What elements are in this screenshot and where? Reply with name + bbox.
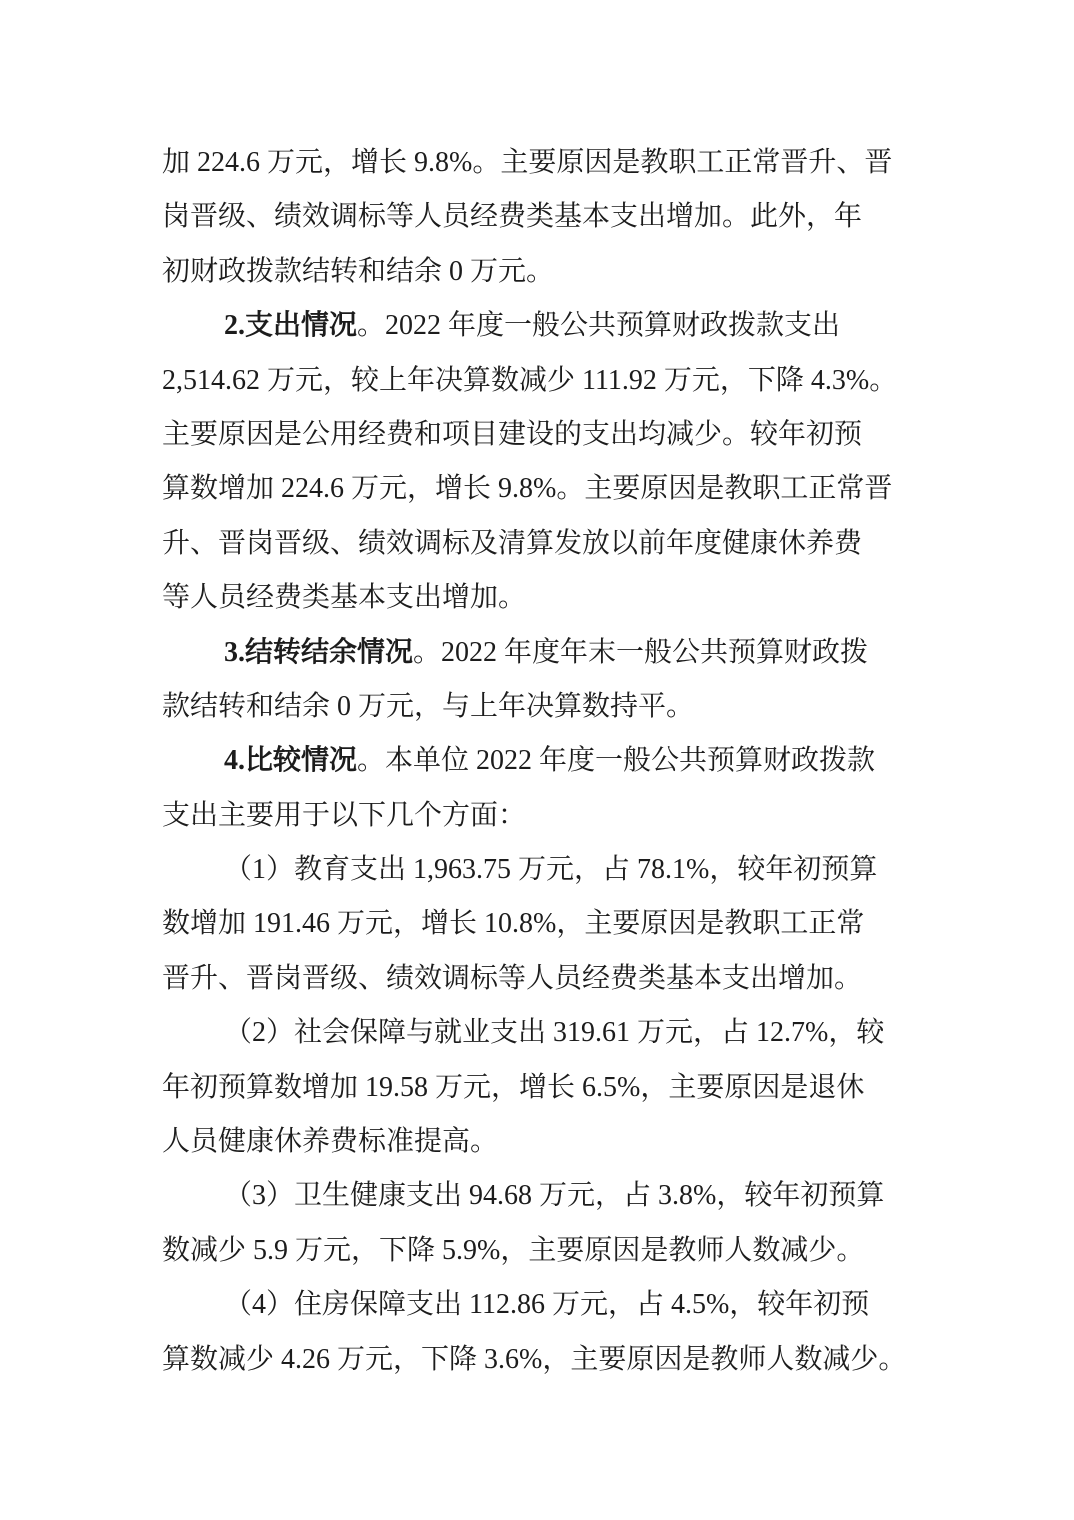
text-line: 晋升、晋岗晋级、绩效调标等人员经费类基本支出增加。 <box>162 952 915 1006</box>
text-line: 4.比较情况。本单位 2022 年度一般公共预算财政拨款 <box>162 734 915 788</box>
text-line: 算数减少 4.26 万元，下降 3.6%，主要原因是教师人数减少。 <box>162 1333 915 1387</box>
text-line: 等人员经费类基本支出增加。 <box>162 571 915 625</box>
document-page: 加 224.6 万元，增长 9.8%。主要原因是教职工正常晋升、晋 岗晋级、绩效… <box>0 0 1074 1520</box>
section-heading-comparison: 4.比较情况 <box>224 745 357 776</box>
text-line: （4）住房保障支出 112.86 万元，占 4.5%，较年初预 <box>162 1278 915 1332</box>
heading-line-rest: 。2022 年度一般公共预算财政拨款支出 <box>357 310 840 341</box>
text-line: 主要原因是公用经费和项目建设的支出均减少。较年初预 <box>162 408 915 462</box>
section-heading-carryover: 3.结转结余情况 <box>224 637 413 668</box>
heading-line-rest: 。2022 年度年末一般公共预算财政拨 <box>413 637 868 668</box>
text-line: 岗晋级、绩效调标等人员经费类基本支出增加。此外，年 <box>162 190 915 244</box>
paragraph-health-expenditure: （3）卫生健康支出 94.68 万元，占 3.8%，较年初预算 数减少 5.9 … <box>162 1169 915 1278</box>
document-text-block: 加 224.6 万元，增长 9.8%。主要原因是教职工正常晋升、晋 岗晋级、绩效… <box>162 136 915 1387</box>
paragraph-carryover-balance: 3.结转结余情况。2022 年度年末一般公共预算财政拨 款结转和结余 0 万元，… <box>162 626 915 735</box>
text-line: 2.支出情况。2022 年度一般公共预算财政拨款支出 <box>162 299 915 353</box>
text-line: 数增加 191.46 万元，增长 10.8%，主要原因是教职工正常 <box>162 897 915 951</box>
text-line: 加 224.6 万元，增长 9.8%。主要原因是教职工正常晋升、晋 <box>162 136 915 190</box>
text-line: 升、晋岗晋级、绩效调标及清算发放以前年度健康休养费 <box>162 517 915 571</box>
text-line: 算数增加 224.6 万元，增长 9.8%。主要原因是教职工正常晋 <box>162 462 915 516</box>
paragraph-education-expenditure: （1）教育支出 1,963.75 万元，占 78.1%，较年初预算 数增加 19… <box>162 843 915 1006</box>
text-line: 3.结转结余情况。2022 年度年末一般公共预算财政拨 <box>162 626 915 680</box>
heading-line-rest: 。本单位 2022 年度一般公共预算财政拨款 <box>357 745 875 776</box>
paragraph-social-security-expenditure: （2）社会保障与就业支出 319.61 万元，占 12.7%，较 年初预算数增加… <box>162 1006 915 1169</box>
text-line: （2）社会保障与就业支出 319.61 万元，占 12.7%，较 <box>162 1006 915 1060</box>
text-line: 人员健康休养费标准提高。 <box>162 1115 915 1169</box>
text-line: 数减少 5.9 万元，下降 5.9%，主要原因是教师人数减少。 <box>162 1224 915 1278</box>
paragraph-income-continuation: 加 224.6 万元，增长 9.8%。主要原因是教职工正常晋升、晋 岗晋级、绩效… <box>162 136 915 299</box>
paragraph-expenditure: 2.支出情况。2022 年度一般公共预算财政拨款支出 2,514.62 万元，较… <box>162 299 915 625</box>
paragraph-comparison-intro: 4.比较情况。本单位 2022 年度一般公共预算财政拨款 支出主要用于以下几个方… <box>162 734 915 843</box>
text-line: 年初预算数增加 19.58 万元，增长 6.5%，主要原因是退休 <box>162 1061 915 1115</box>
text-line: （3）卫生健康支出 94.68 万元，占 3.8%，较年初预算 <box>162 1169 915 1223</box>
text-line: 2,514.62 万元，较上年决算数减少 111.92 万元，下降 4.3%。 <box>162 354 915 408</box>
text-line: 初财政拨款结转和结余 0 万元。 <box>162 245 915 299</box>
section-heading-expenditure: 2.支出情况 <box>224 310 357 341</box>
text-line: 款结转和结余 0 万元，与上年决算数持平。 <box>162 680 915 734</box>
paragraph-housing-expenditure: （4）住房保障支出 112.86 万元，占 4.5%，较年初预 算数减少 4.2… <box>162 1278 915 1387</box>
text-line: （1）教育支出 1,963.75 万元，占 78.1%，较年初预算 <box>162 843 915 897</box>
text-line: 支出主要用于以下几个方面： <box>162 789 915 843</box>
